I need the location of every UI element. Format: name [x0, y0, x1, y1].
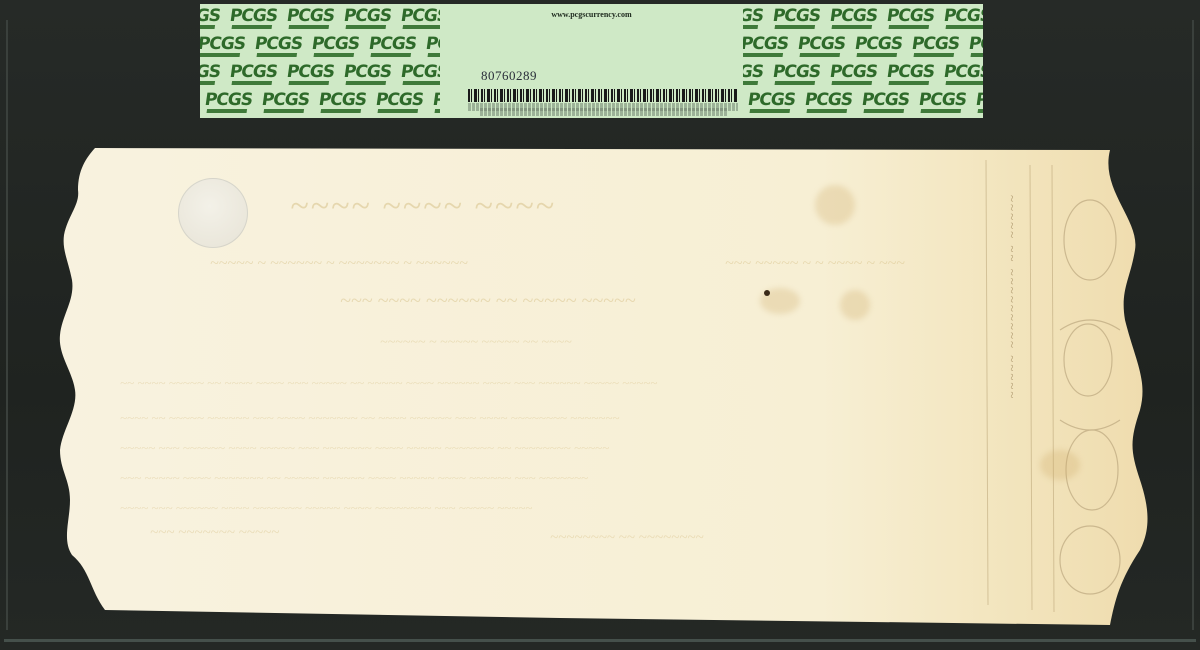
bleed-through-line: ~~~~ ~~~ ~~~~~~ ~~~~ ~~~~~~~ ~~~~~ ~~~~ … — [120, 500, 532, 516]
bleed-through-line: ~~~~~~ ~ ~~~~~ ~~~~~ ~~ ~~~~ — [380, 335, 572, 351]
embossed-seal — [178, 178, 248, 248]
bleed-through-line: ~~~~~ ~ ~~~~~~ ~ ~~~~~~~ ~ ~~~~~~ — [210, 255, 468, 273]
slab-holder: PCGSPCGSPCGSPCGSPCGS PCGSPCGSPCGSPCGSPCG… — [0, 0, 1200, 650]
vertical-border-text: ~~~~~ ~~ ~~~~~~~~~ ~~~~~ — [1000, 195, 1020, 605]
bleed-through-line: ~~~~~ ~~~ ~~~~~~ ~~~~ ~~~~~ ~~~ ~~~~~~~ … — [120, 440, 609, 456]
bleed-through-line: ~~~ ~~~~~ ~ ~ ~~~~ ~ ~~~ — [725, 255, 905, 273]
bleed-through-line: ~~~ ~~~~ ~~~~~~ ~~ ~~~~~ ~~~~~ — [340, 290, 636, 313]
bleed-through-signature: ~~~ ~~~~~~~ ~~~~~ — [150, 525, 279, 542]
ink-spot — [764, 290, 770, 296]
banknote-paper — [0, 0, 1200, 650]
bleed-through-title: ~~~~ ~~~~ ~~~~ — [290, 188, 556, 226]
bleed-through-line: ~~~ ~~~~~ ~~~~ ~~~~~~~ ~~ ~~~~~ ~~~~~~ ~… — [120, 470, 588, 486]
bleed-through-signature: ~~~~~~~~ ~~ ~~~~~~~~ — [550, 530, 704, 547]
bleed-through-line: ~~~~ ~~ ~~~~~ ~~~~~~ ~~~ ~~~~ ~~~~~~~ ~~… — [120, 410, 619, 426]
banknote: ~~~~ ~~~~ ~~~~ ~~~~~ ~ ~~~~~~ ~ ~~~~~~~ … — [0, 0, 1200, 650]
bleed-through-line: ~~ ~~~~ ~~~~~ ~~ ~~~~ ~~~~ ~~~ ~~~~~ ~~ … — [120, 375, 657, 391]
